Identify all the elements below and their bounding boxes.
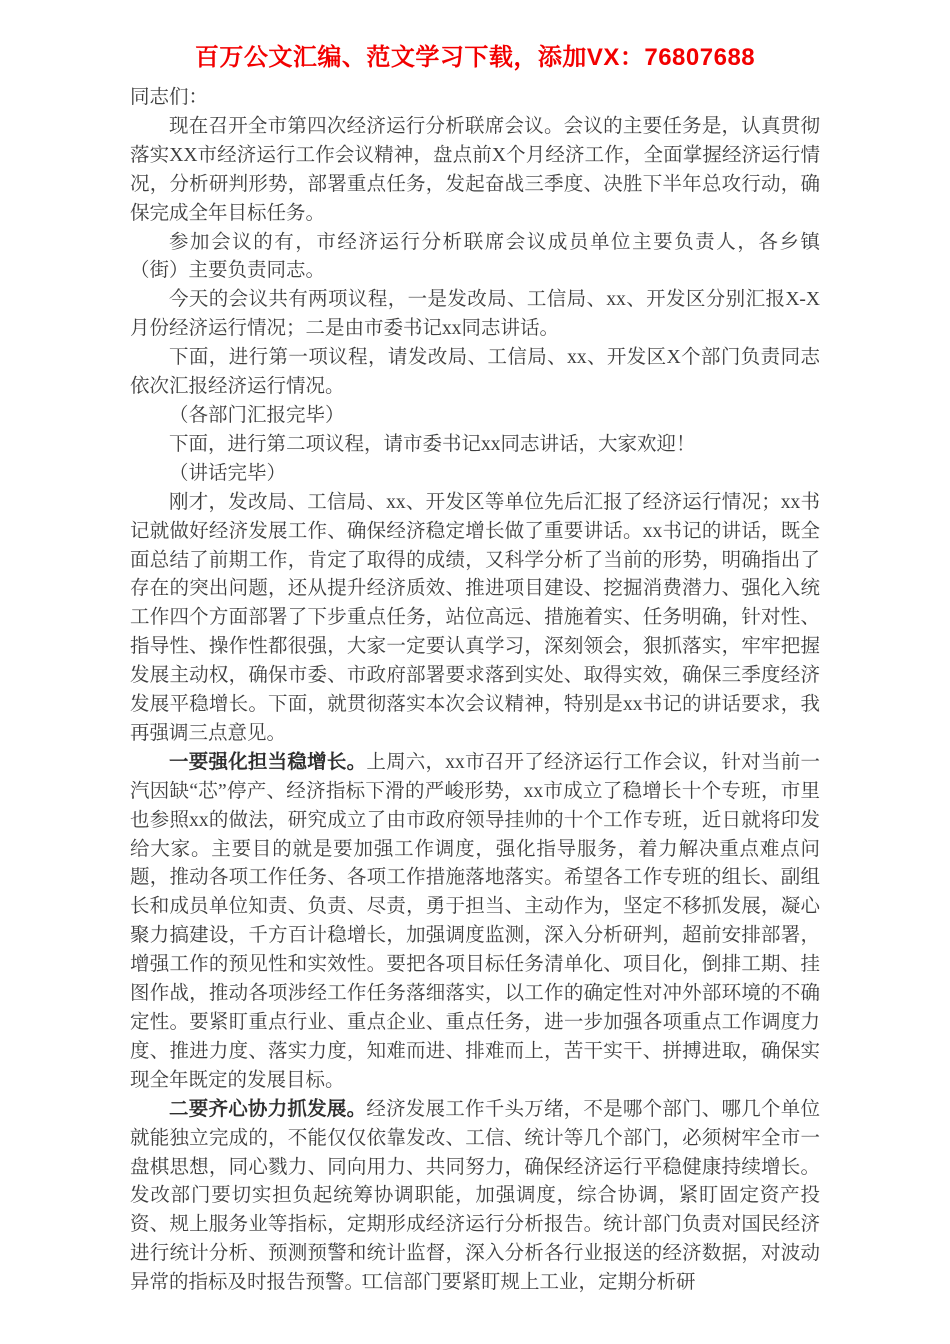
paragraph-reports-done-note: （各部门汇报完毕）	[130, 402, 820, 431]
point-two-heading: 二要齐心协力抓发展。	[169, 1099, 366, 1120]
salutation: 同志们：	[130, 84, 820, 113]
paragraph-speech-done-note: （讲话完毕）	[130, 460, 820, 489]
paragraph-summary-of-reports: 刚才，发改局、工信局、xx、开发区等单位先后汇报了经济运行情况；xx书记就做好经…	[130, 489, 820, 749]
page-number: 1	[330, 1270, 400, 1290]
document-body: 同志们： 现在召开全市第四次经济运行分析联席会议。会议的主要任务是，认真贯彻落实…	[130, 84, 820, 1298]
paragraph-point-two: 二要齐心协力抓发展。经济发展工作千头万绪，不是哪个部门、哪几个单位就能独立完成的…	[130, 1096, 820, 1298]
ad-banner-text: 百万公文汇编、范文学习下载，添加VX：76807688	[0, 42, 950, 74]
paragraph-point-one: 一要强化担当稳增长。上周六，xx市召开了经济运行工作会议，针对当前一汽因缺“芯”…	[130, 749, 820, 1096]
paragraph-first-agenda-item: 下面，进行第一项议程，请发改局、工信局、xx、开发区X个部门负责同志依次汇报经济…	[130, 344, 820, 402]
point-one-heading: 一要强化担当稳增长。	[169, 752, 366, 773]
point-one-body: 上周六，xx市召开了经济运行工作会议，针对当前一汽因缺“芯”停产、经济指标下滑的…	[130, 752, 820, 1091]
paragraph-second-agenda-item: 下面，进行第二项议程，请市委书记xx同志讲话，大家欢迎！	[130, 431, 820, 460]
paragraph-meeting-opening: 现在召开全市第四次经济运行分析联席会议。会议的主要任务是，认真贯彻落实XX市经济…	[130, 113, 820, 229]
paragraph-agenda: 今天的会议共有两项议程，一是发改局、工信局、xx、开发区分别汇报X-X月份经济运…	[130, 286, 820, 344]
paragraph-attendees: 参加会议的有，市经济运行分析联席会议成员单位主要负责人，各乡镇（街）主要负责同志…	[130, 229, 820, 287]
point-two-body: 经济发展工作千头万绪，不是哪个部门、哪几个单位就能独立完成的，不能仅仅依靠发改、…	[130, 1099, 820, 1293]
document-page: 百万公文汇编、范文学习下载，添加VX：76807688 同志们： 现在召开全市第…	[0, 0, 950, 1344]
